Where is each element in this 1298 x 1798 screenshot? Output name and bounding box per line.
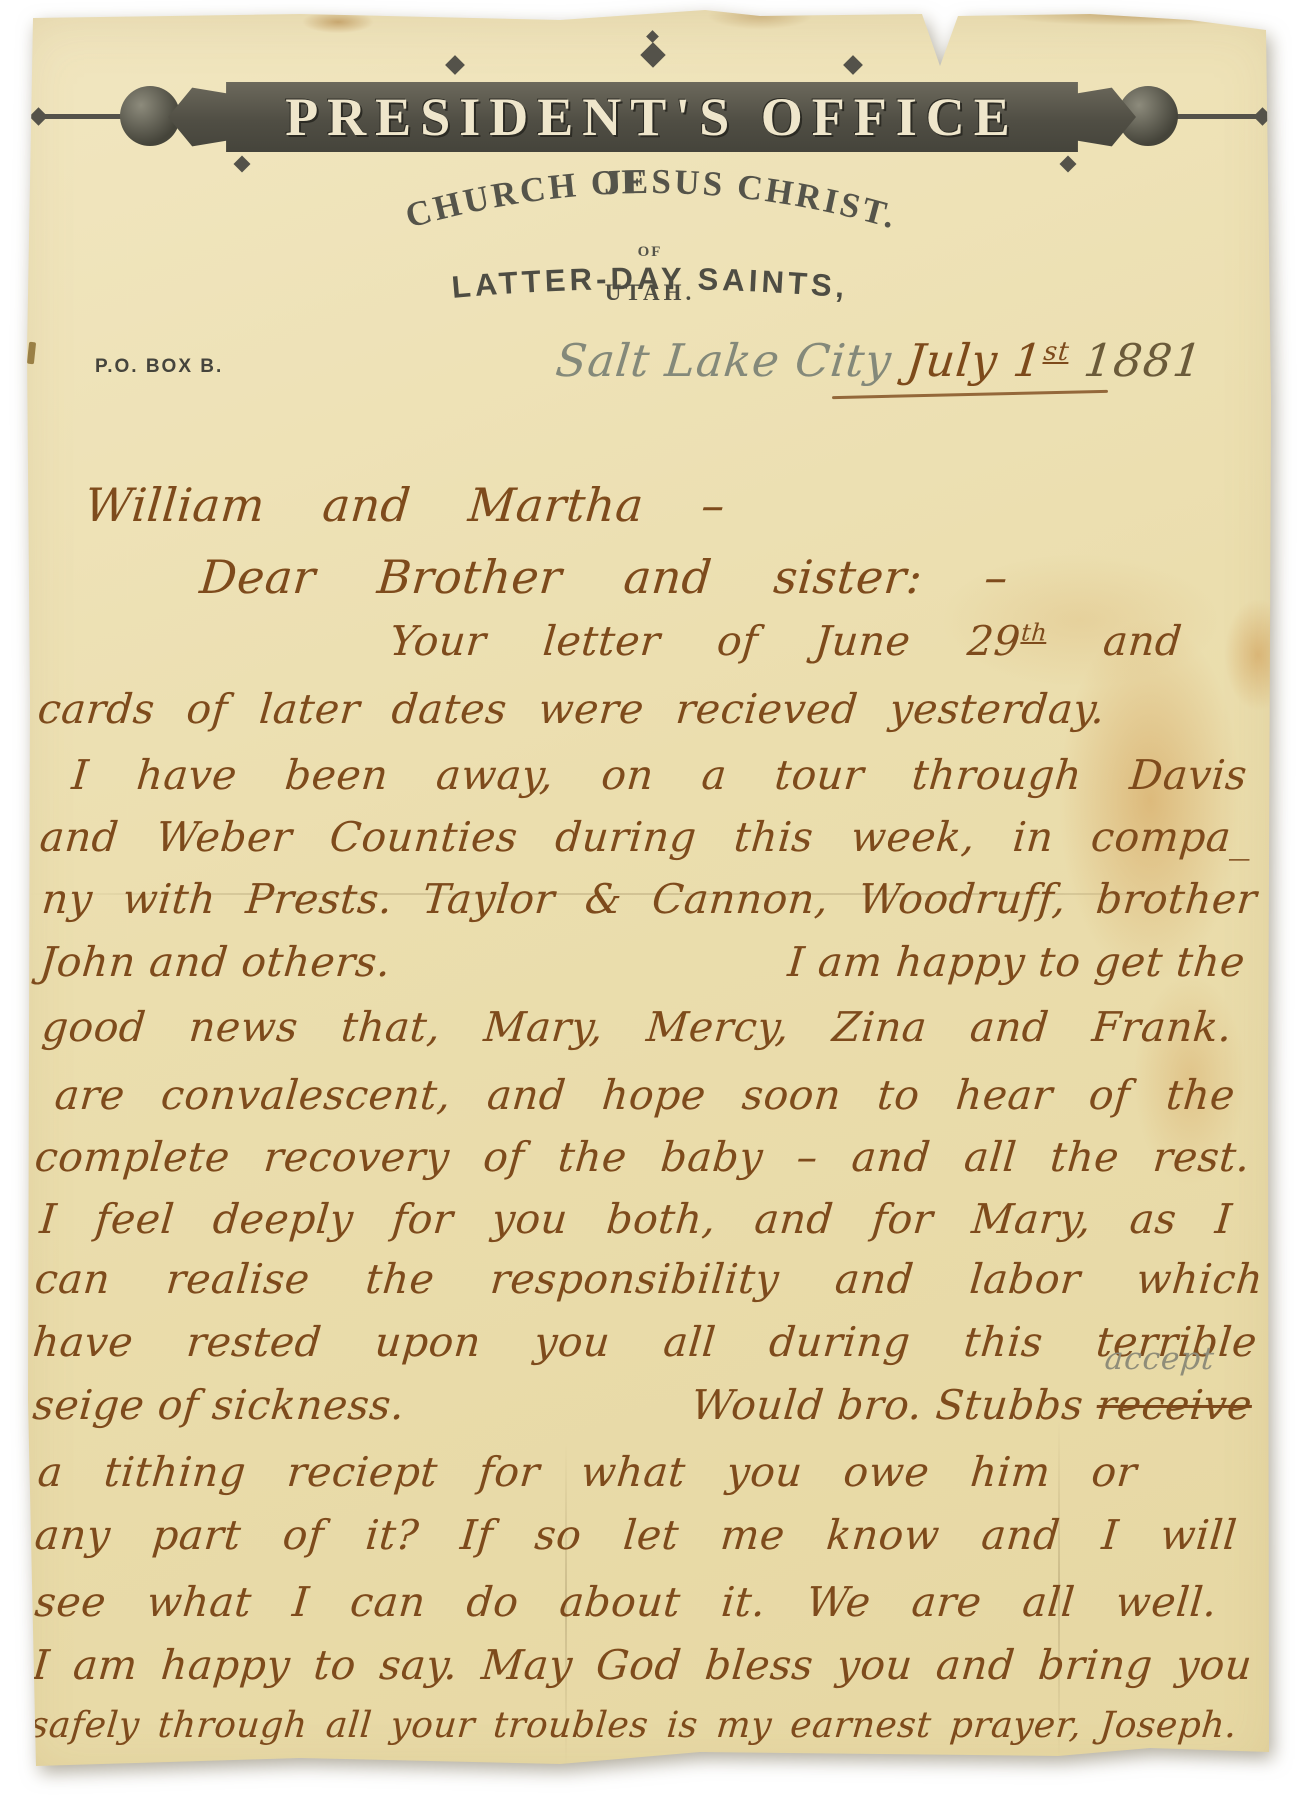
letter-line: complete recovery of the baby – and all … xyxy=(33,1133,1252,1181)
letter-line: I feel deeply for you both, and for Mary… xyxy=(38,1195,1234,1243)
letter-line: cards of later dates were recieved yeste… xyxy=(36,685,1107,733)
letter-line: seige of sickness. Would bro. Stubbs acc… xyxy=(31,1381,1254,1429)
letter-line: and Weber Counties during this week, in … xyxy=(38,813,1254,861)
dateline-date: July 1 xyxy=(904,334,1045,387)
utah-text: UTAH. xyxy=(250,280,1050,306)
line-segment: seige of sickness. xyxy=(31,1381,407,1429)
banner-ornament-diamond xyxy=(445,55,465,75)
letter-line: I have been away, on a tour through Davi… xyxy=(70,751,1249,799)
dateline-place: Salt Lake City xyxy=(553,334,910,387)
letter-line: John and others. I am happy to get the xyxy=(38,938,1247,986)
dateline-year: 1881 xyxy=(1066,334,1205,387)
line-segment: I am happy to get the xyxy=(786,938,1247,986)
jesus-christ-text: JESUS CHRIST. xyxy=(603,162,903,237)
po-box-label: P.O. BOX B. xyxy=(95,356,223,378)
letter-scan: PRESIDENT'S OFFICE CHURCH OF JESUS CHRIS… xyxy=(0,0,1298,1798)
dateline-ordinal: st xyxy=(1042,337,1071,367)
letter-line signature-line: safely through all your troubles is my e… xyxy=(28,1705,1239,1746)
svg-text:JESUS CHRIST.: JESUS CHRIST. xyxy=(603,162,903,237)
letterhead-title: PRESIDENT'S OFFICE xyxy=(168,82,1136,152)
correction: acceptreceive xyxy=(1095,1381,1254,1429)
letter-line: are convalescent, and hope soon to hear … xyxy=(53,1071,1237,1119)
banner-ornament-drop xyxy=(1060,156,1077,173)
letter-line: have rested upon you all during this ter… xyxy=(31,1318,1259,1366)
address-line: William and Martha – xyxy=(83,478,728,532)
inserted-word: accept xyxy=(1103,1341,1216,1377)
of-text: OF xyxy=(638,244,663,260)
letterhead-banner: PRESIDENT'S OFFICE xyxy=(168,82,1136,152)
ordinal-superscript: th xyxy=(1020,618,1048,646)
line-text: Your letter of June 29 xyxy=(388,617,1023,665)
letter-line: a tithing reciept for what you owe him o… xyxy=(36,1448,1139,1496)
line-text: and xyxy=(1044,617,1184,665)
banner-ornament-diamond xyxy=(646,30,659,43)
letter-line: I am happy to say. May God bless you and… xyxy=(31,1641,1254,1689)
banner-ornament-diamond xyxy=(843,55,863,75)
letter-line: ny with Prests. Taylor & Cannon, Woodruf… xyxy=(40,875,1259,923)
edge-nick xyxy=(27,342,36,365)
paper-shadow: PRESIDENT'S OFFICE CHURCH OF JESUS CHRIS… xyxy=(0,0,1298,1798)
letter-line: any part of it? If so let me know and I … xyxy=(33,1511,1239,1559)
letter-paper: PRESIDENT'S OFFICE CHURCH OF JESUS CHRIS… xyxy=(0,0,1298,1798)
letter-line: Your letter of June 29th and xyxy=(388,617,1184,665)
dateline: Salt Lake City July 1st 1881 xyxy=(553,334,1205,387)
struck-word: receive xyxy=(1095,1381,1254,1429)
line-segment: Would bro. Stubbs acceptreceive xyxy=(690,1381,1255,1429)
line-segment: John and others. xyxy=(38,938,393,986)
salutation-line: Dear Brother and sister: – xyxy=(198,550,1011,604)
letter-line: can realise the responsibility and labor… xyxy=(33,1255,1265,1303)
banner-rod-tip-right xyxy=(1253,107,1271,125)
banner-ornament-diamond xyxy=(640,42,665,67)
line-text: Would bro. Stubbs xyxy=(690,1381,1099,1429)
letter-line: see what I can do about it. We are all w… xyxy=(33,1578,1219,1626)
dateline-underline xyxy=(832,390,1108,399)
banner-rod-tip-left xyxy=(29,107,47,125)
letter-line: good news that, Mary, Mercy, Zina and Fr… xyxy=(40,1003,1234,1051)
